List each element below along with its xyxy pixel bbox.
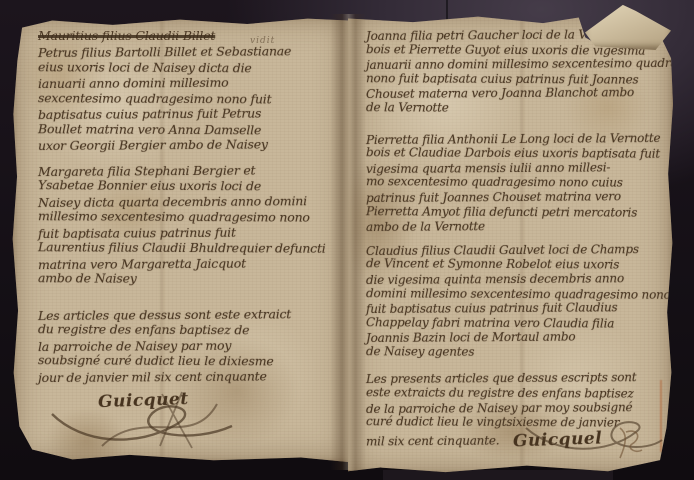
baptism-record: Claudius filius Claudii Gaulvet loci de … bbox=[366, 243, 669, 360]
manuscript-line: este extraicts du registre des enfans ba… bbox=[366, 385, 669, 401]
right-page: Joanna filia petri Gaucher loci de la Ve… bbox=[348, 12, 673, 474]
manuscript-line: ambo de la Vernotte bbox=[366, 218, 669, 235]
manuscript-line: Petrus filius Bartolli Billet et Sebasti… bbox=[38, 43, 344, 61]
manuscript-line: sexcentesimo quadragesimo nono fuit bbox=[38, 90, 344, 107]
manuscript-line: fuit baptisatus cuius patrinus fuit Clau… bbox=[366, 300, 669, 317]
manuscript-line: millesimo sexcentesimo quadragesimo nono bbox=[38, 208, 344, 225]
manuscript-line: Joannis Bazin loci de Mortaul ambo bbox=[366, 329, 669, 346]
right-page-text: Joanna filia petri Gaucher loci de la Ve… bbox=[348, 12, 673, 450]
manuscript-line: uxor Georgii Bergier ambo de Naisey bbox=[38, 136, 344, 154]
manuscript-line: ambo de Naisey bbox=[38, 270, 344, 287]
manuscript-line: Laurentius filius Claudii Bhuldrequier d… bbox=[38, 239, 344, 256]
manuscript-line: du registre des enfans baptisez de bbox=[38, 321, 344, 338]
manuscript-line: Margareta filia Stephani Bergier et bbox=[38, 161, 344, 179]
manuscript-line: baptisatus cuius patrinus fuit Petrus bbox=[38, 105, 344, 123]
manuscript-line: patrinus fuit Joannes Chouset matrina ve… bbox=[366, 189, 669, 206]
manuscript-line: de Naisey agentes bbox=[366, 344, 669, 360]
manuscript-line: ianuarii anno domini millesimo bbox=[38, 74, 344, 92]
closing-paragraph: Les presents articles que dessus escript… bbox=[366, 371, 669, 429]
manuscript-line: Naisey dicta quarta decembris anno domin… bbox=[38, 192, 344, 210]
left-page: vidit Mauritius filius Claudii Billet Pe… bbox=[12, 16, 348, 462]
manuscript-line: die vigesima quinta mensis decembris ann… bbox=[366, 271, 669, 288]
manuscript-line: Les articles que dessus sont este extrai… bbox=[38, 305, 344, 323]
manuscript-line: jour de janvier mil six cent cinquante bbox=[38, 367, 344, 385]
baptism-record: Margareta filia Stephani Bergier etYsabe… bbox=[38, 163, 344, 287]
closing-final-line: mil six cent cinquante. bbox=[366, 433, 499, 449]
manuscript-line: de la Vernotte bbox=[366, 100, 669, 116]
manuscript-line: bois et Claudiae Darbois eius uxoris bap… bbox=[366, 145, 669, 161]
manuscript-line: eius uxoris loci de Naisey dicta die bbox=[38, 59, 344, 76]
manuscript-line: la parroiche de Naisey par moy bbox=[38, 336, 344, 354]
manuscript-line: fuit baptisata cuius patrinus fuit bbox=[38, 223, 344, 241]
backdrop-shadow-step bbox=[383, 470, 613, 480]
priest-signature: Guicquel bbox=[513, 428, 603, 451]
baptism-record: Petrus filius Bartolli Billet et Sebasti… bbox=[38, 44, 344, 153]
torn-corner-flap bbox=[585, 4, 671, 50]
manuscript-line: Boullet matrina vero Anna Damselle bbox=[38, 121, 344, 138]
corner-paraph-mark bbox=[612, 424, 648, 464]
manuscript-line: Ysabetae Bonnier eius uxoris loci de bbox=[38, 177, 344, 194]
manuscript-photo: vidit Mauritius filius Claudii Billet Pe… bbox=[0, 0, 694, 480]
left-page-text: Mauritius filius Claudii Billet Petrus f… bbox=[12, 16, 348, 408]
baptism-record: Pierretta filia Anthonii Le Long loci de… bbox=[366, 132, 669, 234]
backdrop-fabric-crease bbox=[446, 0, 448, 22]
manuscript-line: matrina vero Margaretta Jaicquot bbox=[38, 254, 344, 272]
manuscript-line: januarii anno domini millesimo sexcentes… bbox=[366, 56, 669, 73]
manuscript-line: soubsigné curé dudict lieu le dixiesme bbox=[38, 352, 344, 369]
priest-signature: Guicquet bbox=[98, 384, 345, 413]
struck-entry-line: Mauritius filius Claudii Billet bbox=[38, 28, 344, 44]
closing-paragraph: Les articles que dessus sont este extrai… bbox=[38, 307, 344, 385]
